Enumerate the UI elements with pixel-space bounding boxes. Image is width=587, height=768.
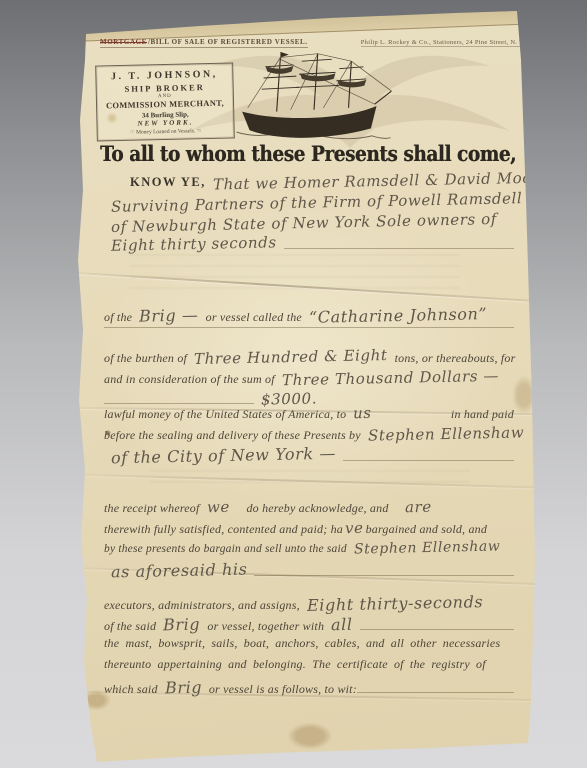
rule-line	[254, 575, 514, 576]
document-paper: MORTGAGE/BILL OF SALE OF REGISTERED VESS…	[0, 0, 587, 768]
printed-text: of the	[104, 310, 132, 325]
printed-text: bargained and sold, and	[366, 522, 488, 537]
aforesaid-entry: as aforesaid his	[111, 560, 248, 582]
printed-text: by these presents do bargain and sell un…	[104, 543, 347, 555]
paragraph-assigns: executors, administrators, and assigns, …	[104, 594, 514, 699]
rule-line	[104, 327, 514, 328]
buyer-name-entry: Stephen Ellenshaw	[354, 538, 501, 557]
printed-text: before the sealing and delivery of these…	[104, 428, 361, 443]
paragraph-payment: lawful money of the United States of Ame…	[104, 404, 514, 467]
rule-line	[357, 692, 514, 693]
rule-line	[360, 629, 514, 630]
grantor-pronoun-entry: we	[206, 498, 229, 516]
paragraph-receipt: the receipt whereof we do hereby acknowl…	[104, 498, 514, 582]
verb-entry: are	[404, 498, 431, 517]
mortgage-struck-word: MORTGAGE	[100, 38, 147, 46]
printed-text: executors, administrators, and assigns,	[104, 598, 300, 613]
sailing-ship-engraving-icon	[233, 50, 395, 148]
tonnage-entry: Three Hundred & Eight	[194, 346, 388, 368]
all-entry: all	[331, 615, 353, 634]
shares-entry: Eight thirty-seconds	[307, 592, 484, 615]
paragraph-know-ye: KNOW YE, That we Homer Ramsdell & David …	[104, 172, 514, 256]
paragraph-consideration: of the burthen of Three Hundred & Eight …	[104, 348, 514, 410]
printed-text: the receipt whereof	[104, 501, 200, 516]
printed-text: tons, or thereabouts, for	[395, 351, 516, 366]
printed-text: the mast, bowsprit, sails, boat, anchors…	[104, 636, 500, 651]
vessel-type-entry: Brig	[164, 678, 202, 698]
buyer-name-entry: Stephen Ellenshaw	[368, 423, 525, 444]
printed-text: or vessel, together with	[207, 619, 324, 634]
vessel-type-entry: Brig	[163, 615, 201, 635]
document-title: To all to whom these Presents shall come…	[100, 141, 515, 166]
vessel-name-entry: “Catharine Johnson”	[309, 304, 488, 327]
firm-entry: Surviving Partners of the Firm of Powell…	[111, 188, 569, 216]
buyer-place-entry: of the City of New York —	[111, 444, 336, 468]
printed-text: in hand paid	[451, 407, 514, 422]
printed-text: therewith fully satisfied, contented and…	[104, 522, 343, 537]
vessel-type-entry: Brig —	[139, 305, 199, 325]
printed-text: and in consideration of the sum of	[104, 372, 275, 387]
payee-entry: us	[353, 404, 372, 422]
card-name: J. T. JOHNSON,	[100, 69, 228, 83]
printer-credit: Philip L. Rockey & Co., Stationers, 24 P…	[361, 39, 525, 47]
paragraph-vessel: of the Brig — or vessel called the “Cath…	[104, 306, 514, 351]
rule-line	[343, 460, 514, 461]
ink-showthrough	[130, 252, 460, 298]
price-words-entry: Three Thousand Dollars —	[282, 367, 499, 390]
printed-text: of the said	[104, 619, 156, 634]
rule-line	[284, 248, 514, 249]
shares-entry: Eight thirty seconds	[111, 233, 277, 254]
business-card: J. T. JOHNSON, SHIP BROKER AND COMMISSIO…	[95, 62, 235, 141]
printed-text: of the burthen of	[104, 351, 187, 366]
know-ye-label: KNOW YE,	[130, 175, 206, 190]
title-blackletter: To all to whom these Presents shall come…	[100, 141, 516, 166]
card-role2: COMMISSION MERCHANT,	[101, 99, 229, 111]
printed-text: or vessel is as follows, to wit:	[209, 682, 357, 697]
printed-text: or vessel called the	[206, 310, 302, 325]
card-city: NEW YORK.	[101, 118, 229, 129]
printed-text: do hereby acknowledge, and	[246, 501, 388, 516]
card-note: ☞ Money Loaned on Vessels. ☜	[102, 128, 230, 137]
verb-suffix-entry: ve	[345, 519, 364, 537]
printed-text: lawful money of the United States of Ame…	[104, 407, 346, 422]
printed-text: which said	[104, 682, 158, 697]
photograph-of-document: MORTGAGE/BILL OF SALE OF REGISTERED VESS…	[0, 0, 587, 768]
form-type-line: MORTGAGE/BILL OF SALE OF REGISTERED VESS…	[100, 38, 525, 48]
form-title-text: /BILL OF SALE OF REGISTERED VESSEL.	[148, 38, 308, 46]
printed-text: thereunto appertaining and belonging. Th…	[104, 657, 486, 672]
form-title: MORTGAGE/BILL OF SALE OF REGISTERED VESS…	[100, 38, 308, 48]
title-greeting: GREETING:	[579, 152, 587, 164]
